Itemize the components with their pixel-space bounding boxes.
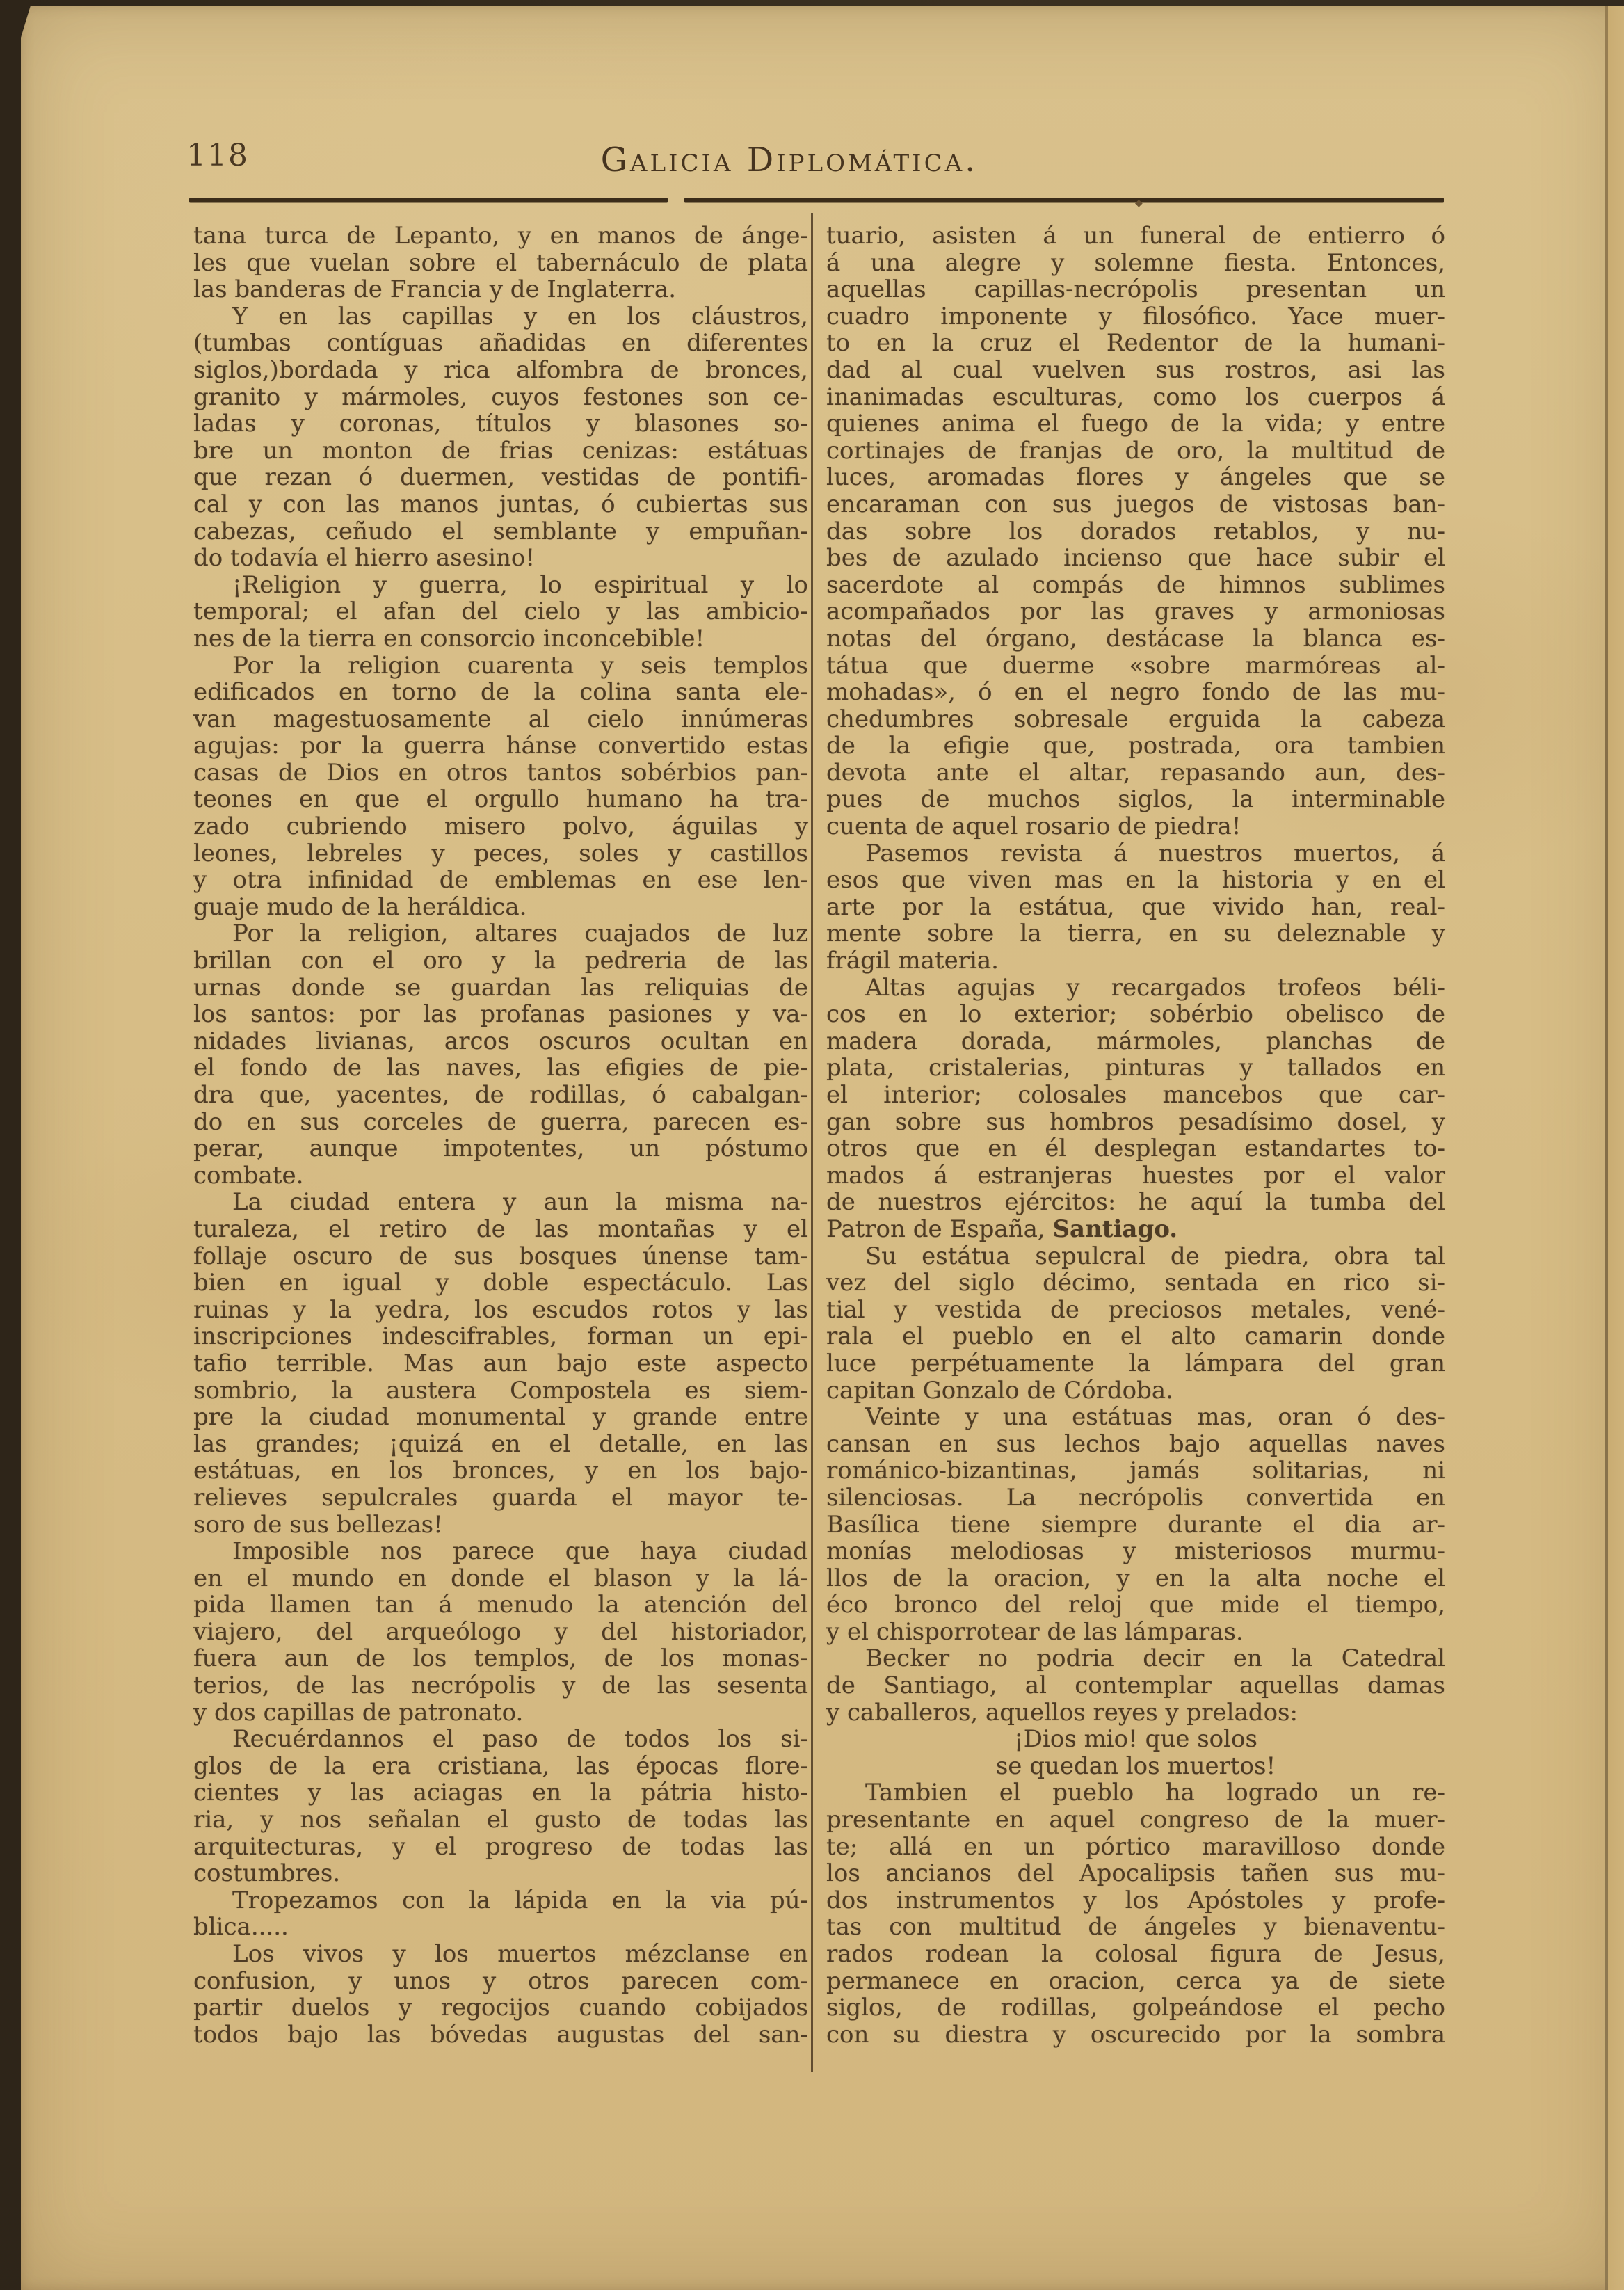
text-line: ladas y coronas, títulos y blasones so- <box>193 410 808 438</box>
text-line: bre un monton de frias cenizas: estátuas <box>193 438 808 465</box>
text-line: cortinajes de franjas de oro, la multitu… <box>826 438 1445 465</box>
text-line: pre la ciudad monumental y grande entre <box>193 1404 808 1431</box>
text-line: plata, cristalerias, pinturas y tallados… <box>826 1055 1445 1082</box>
text-line: Recuérdannos el paso de todos los si- <box>193 1726 808 1753</box>
text-line: tafio terrible. Mas aun bajo este aspect… <box>193 1350 808 1377</box>
text-line: ruinas y la yedra, los escudos rotos y l… <box>193 1297 808 1324</box>
text-line: pida llamen tan á menudo la atención del <box>193 1592 808 1619</box>
text-line: Por la religion, altares cuajados de luz <box>193 920 808 947</box>
text-line: costumbres. <box>193 1860 808 1887</box>
text-line: aquellas capillas-necrópolis presentan u… <box>826 276 1445 303</box>
text-line: sombrio, la austera Compostela es siem- <box>193 1377 808 1404</box>
text-line: de la efigie que, postrada, ora tambien <box>826 732 1445 760</box>
text-line: notas del órgano, destácase la blanca es… <box>826 625 1445 652</box>
text-line: en el mundo en donde el blason y la lá- <box>193 1565 808 1592</box>
text-line: fuera aun de los templos, de los monas- <box>193 1645 808 1672</box>
text-line: encaraman con sus juegos de vistosas ban… <box>826 491 1445 518</box>
text-line: silenciosas. La necrópolis convertida en <box>826 1484 1445 1512</box>
text-line: arquitecturas, y el progreso de todas la… <box>193 1834 808 1861</box>
text-line: mados á estranjeras huestes por el valor <box>826 1162 1445 1190</box>
page-fold-shade <box>1608 6 1624 2290</box>
text-line: pues de muchos siglos, la interminable <box>826 786 1445 813</box>
text-line: y caballeros, aquellos reyes y prelados: <box>826 1699 1445 1727</box>
header-rule-left <box>189 198 668 202</box>
text-line: ¡Dios mio! que solos <box>826 1726 1445 1753</box>
text-line: follaje oscuro de sus bosques únense tam… <box>193 1243 808 1270</box>
text-line: Y en las capillas y en los cláustros, <box>193 303 808 330</box>
text-line: capitan Gonzalo de Córdoba. <box>826 1377 1445 1404</box>
text-line: los ancianos del Apocalipsis tañen sus m… <box>826 1860 1445 1887</box>
text-line: zado cubriendo misero polvo, águilas y <box>193 813 808 840</box>
ornament-mark: ◆ <box>1135 198 1143 209</box>
text-line: dra que, yacentes, de rodillas, ó cabalg… <box>193 1082 808 1109</box>
text-line: rados rodean la colosal figura de Jesus, <box>826 1941 1445 1968</box>
text-line: monías melodiosas y misteriosos murmu- <box>826 1538 1445 1565</box>
text-line: das sobre los dorados retablos, y nu- <box>826 518 1445 545</box>
text-line: soro de sus bellezas! <box>193 1512 808 1539</box>
text-line: viajero, del arqueólogo y del historiado… <box>193 1619 808 1646</box>
text-line: todos bajo las bóvedas augustas del san- <box>193 2021 808 2049</box>
text-line: Su estátua sepulcral de piedra, obra tal <box>826 1243 1445 1270</box>
text-line: las grandes; ¡quizá en el detalle, en la… <box>193 1431 808 1458</box>
text-line: mohadas», ó en el negro fondo de las mu- <box>826 679 1445 706</box>
text-line: temporal; el afan del cielo y las ambici… <box>193 598 808 625</box>
text-line: frágil materia. <box>826 947 1445 975</box>
text-line: les que vuelan sobre el tabernáculo de p… <box>193 250 808 277</box>
text-line: inscripciones indescifrables, forman un … <box>193 1323 808 1350</box>
text-line: blica..... <box>193 1914 808 1941</box>
text-line: cuenta de aquel rosario de piedra! <box>826 813 1445 840</box>
text-line: tana turca de Lepanto, y en manos de áng… <box>193 223 808 250</box>
text-line: siglos,)bordada y rica alfombra de bronc… <box>193 357 808 384</box>
text-line: Tropezamos con la lápida en la via pú- <box>193 1887 808 1914</box>
text-line: leones, lebreles y peces, soles y castil… <box>193 840 808 867</box>
text-line: do todavía el hierro asesino! <box>193 545 808 572</box>
text-line: partir duelos y regocijos cuando cobijad… <box>193 1994 808 2021</box>
text-line: turaleza, el retiro de las montañas y el <box>193 1216 808 1243</box>
text-line: van magestuosamente al cielo innúmeras <box>193 706 808 733</box>
text-line: Los vivos y los muertos mézclanse en <box>193 1941 808 1968</box>
journal-title: Galicia Diplomática. <box>21 141 1558 179</box>
text-line: luce perpétuamente la lámpara del gran <box>826 1350 1445 1377</box>
text-line: brillan con el oro y la pedreria de las <box>193 947 808 975</box>
text-line: nidades livianas, arcos oscuros ocultan … <box>193 1028 808 1055</box>
bold-text: Santiago. <box>1053 1215 1178 1243</box>
text-line: rala el pueblo en el alto camarin donde <box>826 1323 1445 1350</box>
text-line: con su diestra y oscurecido por la sombr… <box>826 2021 1445 2049</box>
text-line: combate. <box>193 1162 808 1190</box>
text-line: cuadro imponente y filosófico. Yace muer… <box>826 303 1445 330</box>
text-line: granito y mármoles, cuyos festones son c… <box>193 384 808 411</box>
text-line: inanimadas esculturas, como los cuerpos … <box>826 384 1445 411</box>
text-line: casas de Dios en otros tantos sobérbios … <box>193 760 808 787</box>
text-line: el fondo de las naves, las efigies de pi… <box>193 1055 808 1082</box>
text-line: acompañados por las graves y armoniosas <box>826 598 1445 625</box>
text-line: cientes y las aciagas en la pátria histo… <box>193 1779 808 1807</box>
text-line: guaje mudo de la heráldica. <box>193 894 808 921</box>
text-line: ¡Religion y guerra, lo espiritual y lo <box>193 572 808 599</box>
text-line: cos en lo exterior; sobérbio obelisco de <box>826 1001 1445 1028</box>
text-line: y el chisporrotear de las lámparas. <box>826 1619 1445 1646</box>
text-line: edificados en torno de la colina santa e… <box>193 679 808 706</box>
text-line: nes de la tierra en consorcio inconcebib… <box>193 625 808 652</box>
text-line: do en sus corceles de guerra, parecen es… <box>193 1109 808 1136</box>
text-line: esos que viven mas en la historia y en e… <box>826 867 1445 894</box>
text-line: dos instrumentos y los Apóstoles y profe… <box>826 1887 1445 1914</box>
text-line: terios, de las necrópolis y de las sesen… <box>193 1672 808 1699</box>
text-line: Altas agujas y recargados trofeos béli- <box>826 975 1445 1002</box>
text-line: bes de azulado incienso que hace subir e… <box>826 545 1445 572</box>
text-line: tial y vestida de preciosos metales, ven… <box>826 1297 1445 1324</box>
text-line: tátua que duerme «sobre marmóreas al- <box>826 652 1445 680</box>
text-run: Patron de España, <box>826 1215 1053 1243</box>
text-line: to en la cruz el Redentor de la humani- <box>826 330 1445 357</box>
text-line: y otra infinidad de emblemas en ese len- <box>193 867 808 894</box>
text-line: de Santiago, al contemplar aquellas dama… <box>826 1672 1445 1699</box>
text-line: chedumbres sobresale erguida la cabeza <box>826 706 1445 733</box>
text-line: Becker no podria decir en la Catedral <box>826 1645 1445 1672</box>
text-line: llos de la oracion, y en la alta noche e… <box>826 1565 1445 1592</box>
text-line: Tambien el pueblo ha logrado un re- <box>826 1779 1445 1807</box>
text-line: Imposible nos parece que haya ciudad <box>193 1538 808 1565</box>
text-line: glos de la era cristiana, las épocas flo… <box>193 1753 808 1780</box>
text-line: tuario, asisten á un funeral de entierro… <box>826 223 1445 250</box>
text-line: que rezan ó duermen, vestidas de pontifi… <box>193 464 808 491</box>
text-line: se quedan los muertos! <box>826 1753 1445 1780</box>
text-line: presentante en aquel congreso de la muer… <box>826 1807 1445 1834</box>
text-line: Pasemos revista á nuestros muertos, á <box>826 840 1445 867</box>
text-line: Patron de España, Santiago. <box>826 1216 1445 1243</box>
text-line: (tumbas contíguas añadidas en diferentes <box>193 330 808 357</box>
text-line: vez del siglo décimo, sentada en rico si… <box>826 1270 1445 1297</box>
page: 118 Galicia Diplomática. ◆ tana turca de… <box>21 6 1624 2290</box>
text-line: románico-bizantinas, jamás solitarias, n… <box>826 1457 1445 1484</box>
text-line: luces, aromadas flores y ángeles que se <box>826 464 1445 491</box>
text-line: agujas: por la guerra hánse convertido e… <box>193 732 808 760</box>
text-line: madera dorada, mármoles, planchas de <box>826 1028 1445 1055</box>
header-rule-right <box>684 198 1444 202</box>
text-line: sacerdote al compás de himnos sublimes <box>826 572 1445 599</box>
text-line: y dos capillas de patronato. <box>193 1699 808 1727</box>
text-line: éco bronco del reloj que mide el tiempo, <box>826 1592 1445 1619</box>
text-line: bien en igual y doble espectáculo. Las <box>193 1270 808 1297</box>
text-line: gan sobre sus hombros pesadísimo dosel, … <box>826 1109 1445 1136</box>
text-line: teones en que el orgullo humano ha tra- <box>193 786 808 813</box>
text-line: confusion, y unos y otros parecen com- <box>193 1968 808 1995</box>
text-line: de nuestros ejércitos: he aquí la tumba … <box>826 1189 1445 1216</box>
text-line: las banderas de Francia y de Inglaterra. <box>193 276 808 303</box>
text-line: permanece en oracion, cerca ya de siete <box>826 1968 1445 1995</box>
text-line: urnas donde se guardan las reliquias de <box>193 975 808 1002</box>
text-line: devota ante el altar, repasando aun, des… <box>826 760 1445 787</box>
text-line: los santos: por las profanas pasiones y … <box>193 1001 808 1028</box>
text-line: perar, aunque impotentes, un póstumo <box>193 1135 808 1162</box>
text-line: otros que en él desplegan estandartes to… <box>826 1135 1445 1162</box>
text-line: á una alegre y solemne fiesta. Entonces, <box>826 250 1445 277</box>
text-line: relieves sepulcrales guarda el mayor te- <box>193 1484 808 1512</box>
text-line: siglos, de rodillas, golpeándose el pech… <box>826 1994 1445 2021</box>
text-line: cabezas, ceñudo el semblante y empuñan- <box>193 518 808 545</box>
text-line: te; allá en un pórtico maravilloso donde <box>826 1834 1445 1861</box>
left-column: tana turca de Lepanto, y en manos de áng… <box>193 223 808 2048</box>
text-line: estátuas, en los bronces, y en los bajo- <box>193 1457 808 1484</box>
column-divider <box>811 213 813 2072</box>
text-line: dad al cual vuelven sus rostros, asi las <box>826 357 1445 384</box>
text-line: el interior; colosales mancebos que car- <box>826 1082 1445 1109</box>
text-line: Por la religion cuarenta y seis templos <box>193 652 808 680</box>
text-line: La ciudad entera y aun la misma na- <box>193 1189 808 1216</box>
text-line: cal y con las manos juntas, ó cubiertas … <box>193 491 808 518</box>
text-line: mente sobre la tierra, en su deleznable … <box>826 920 1445 947</box>
text-line: quienes anima el fuego de la vida; y ent… <box>826 410 1445 438</box>
text-line: arte por la estátua, que vivido han, rea… <box>826 894 1445 921</box>
text-line: Veinte y una estátuas mas, oran ó des- <box>826 1404 1445 1431</box>
right-column: tuario, asisten á un funeral de entierro… <box>826 223 1445 2048</box>
text-line: tas con multitud de ángeles y bienaventu… <box>826 1914 1445 1941</box>
text-line: Basílica tiene siempre durante el dia ar… <box>826 1512 1445 1539</box>
text-line: ria, y nos señalan el gusto de todas las <box>193 1807 808 1834</box>
text-line: cansan en sus lechos bajo aquellas naves <box>826 1431 1445 1458</box>
